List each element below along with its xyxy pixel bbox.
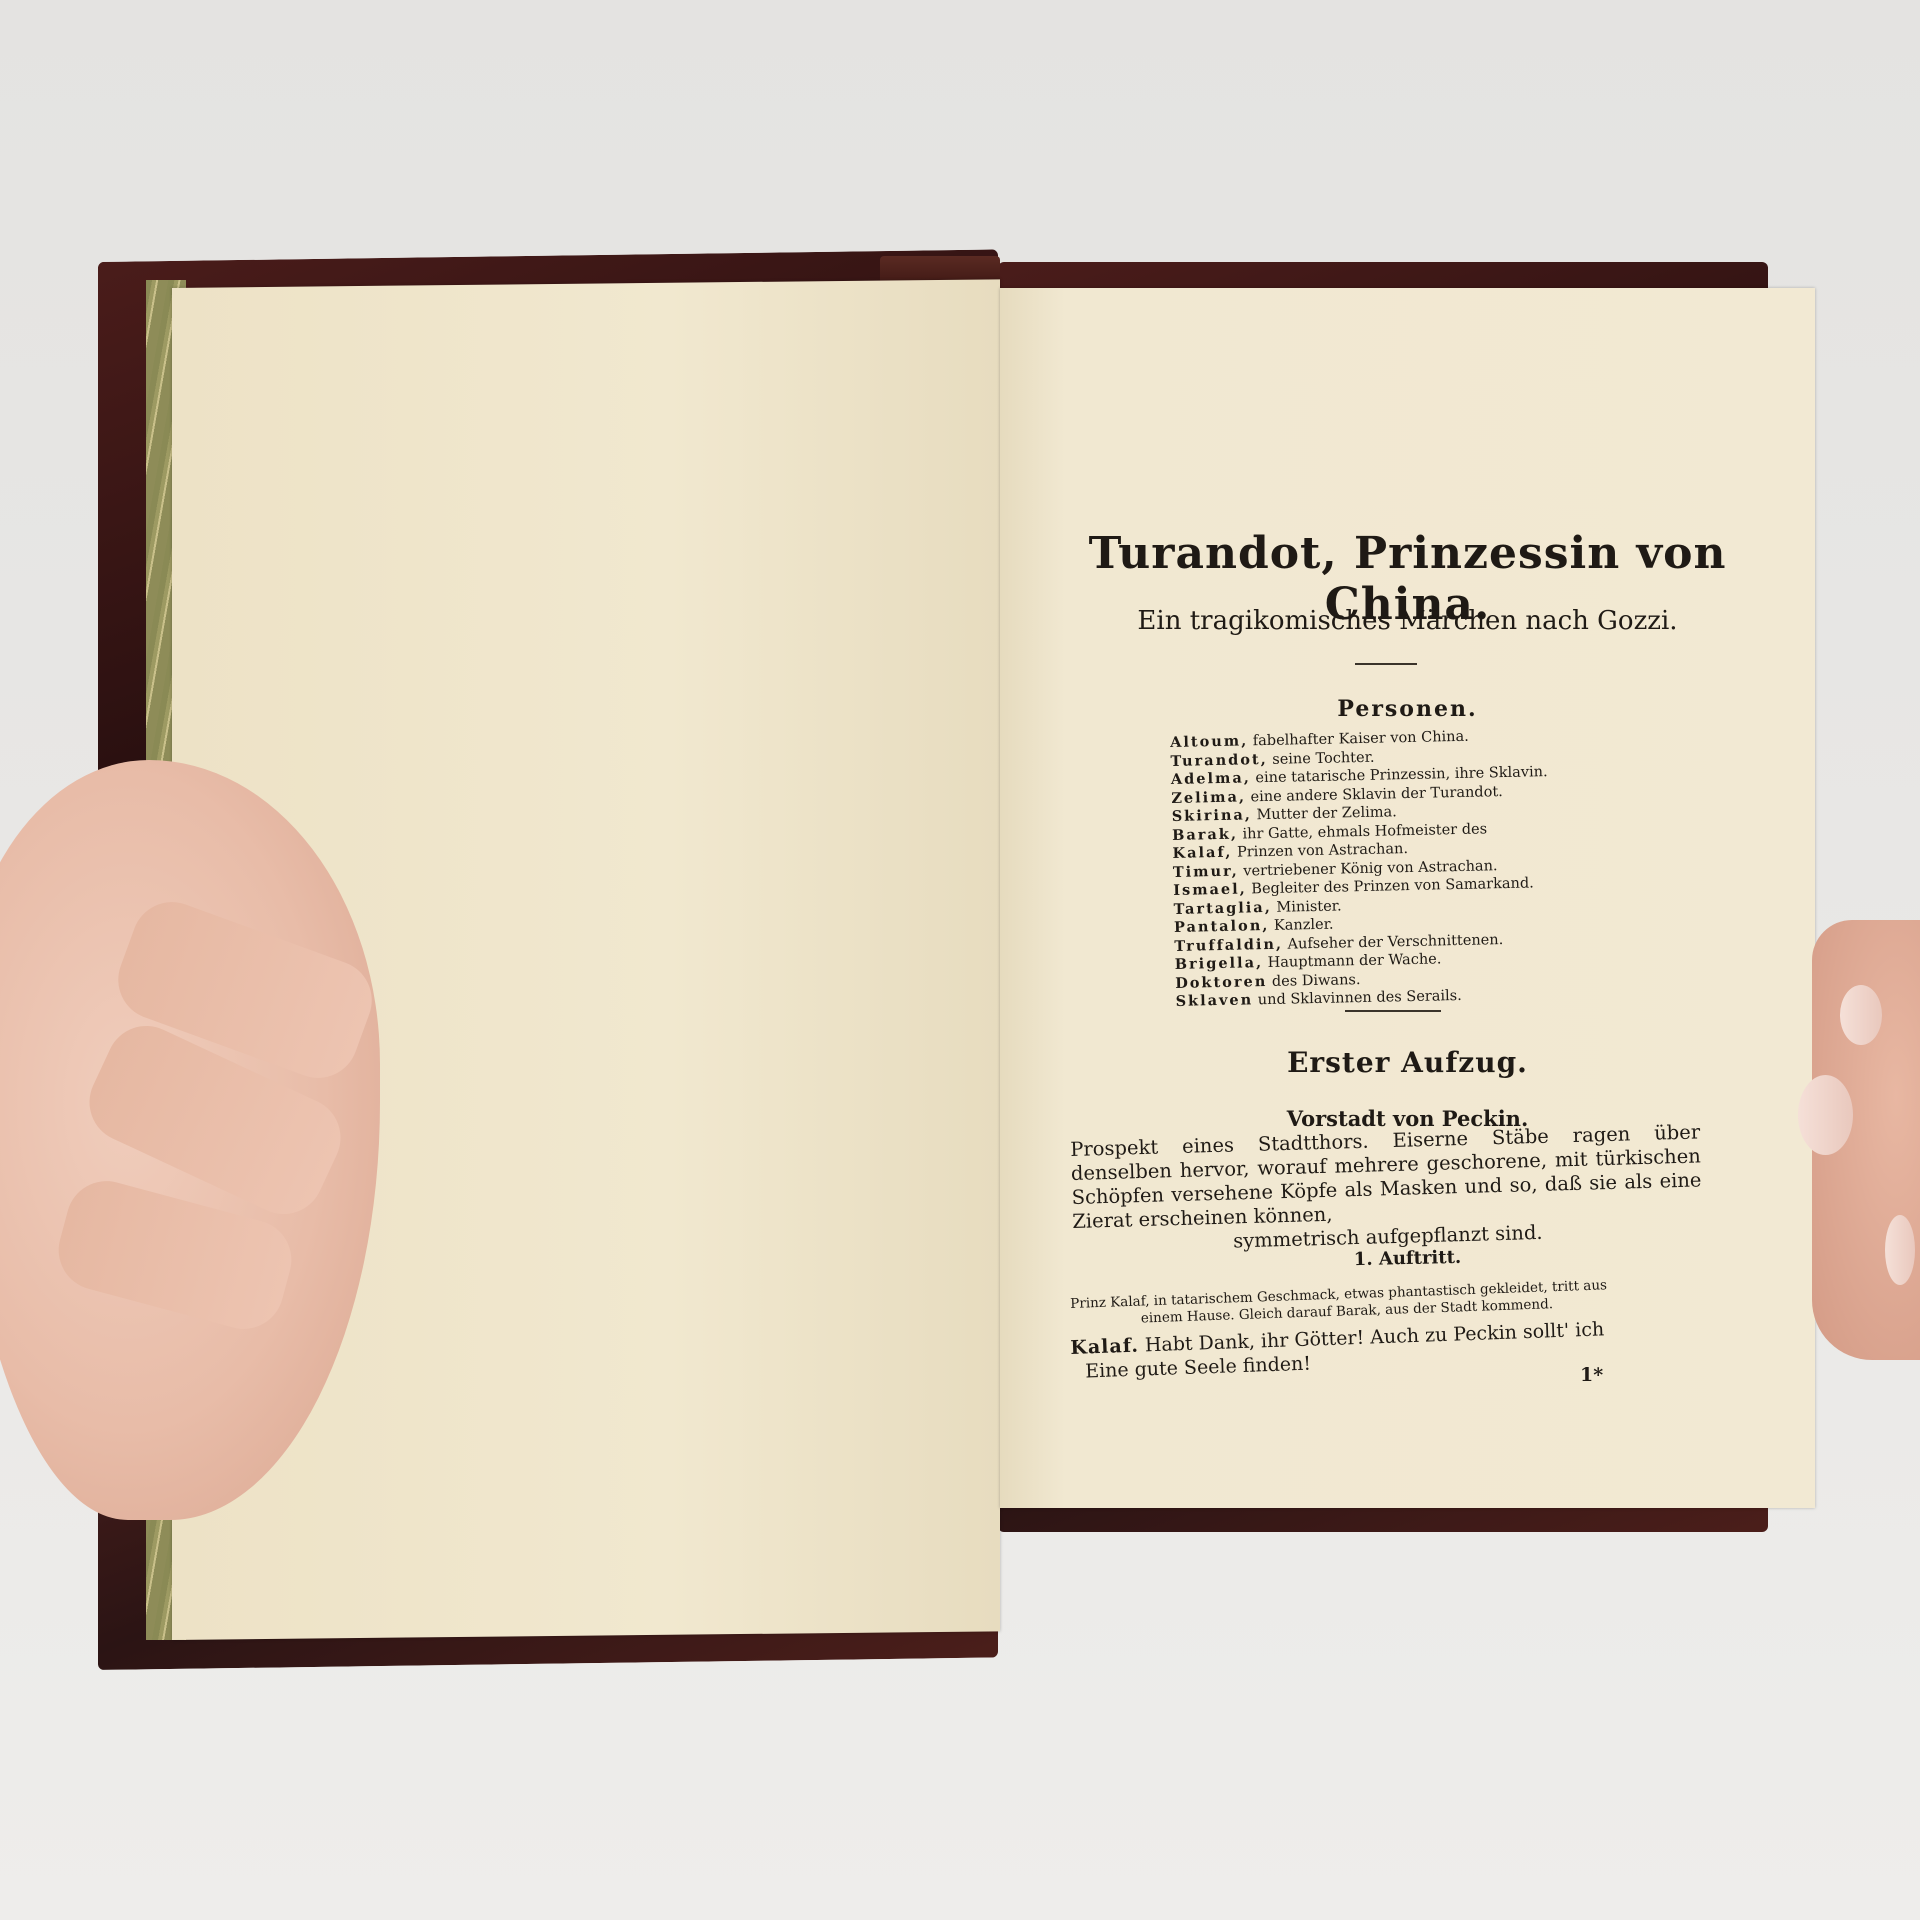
- divider-rule: [1355, 663, 1417, 665]
- fingernail: [1840, 985, 1882, 1045]
- signature-mark: 1*: [1580, 1364, 1603, 1386]
- divider-rule: [1345, 1010, 1441, 1012]
- right-page: Turandot, Prinzessin von China. Ein trag…: [1000, 288, 1815, 1508]
- cast-list: Altoum, fabelhafter Kaiser von China. Tu…: [1170, 725, 1616, 1012]
- fingernail: [1885, 1215, 1915, 1285]
- act-heading: Erster Aufzug.: [1000, 1046, 1815, 1079]
- play-subtitle: Ein tragikomisches Märchen nach Gozzi.: [1000, 606, 1815, 636]
- photo-scene: Turandot, Prinzessin von China. Ein trag…: [0, 0, 1920, 1920]
- stage-direction: Prospekt eines Stadtthors. Eiserne Stäbe…: [1070, 1120, 1703, 1258]
- fingernail: [1798, 1075, 1853, 1155]
- persons-heading: Personen.: [1000, 696, 1815, 722]
